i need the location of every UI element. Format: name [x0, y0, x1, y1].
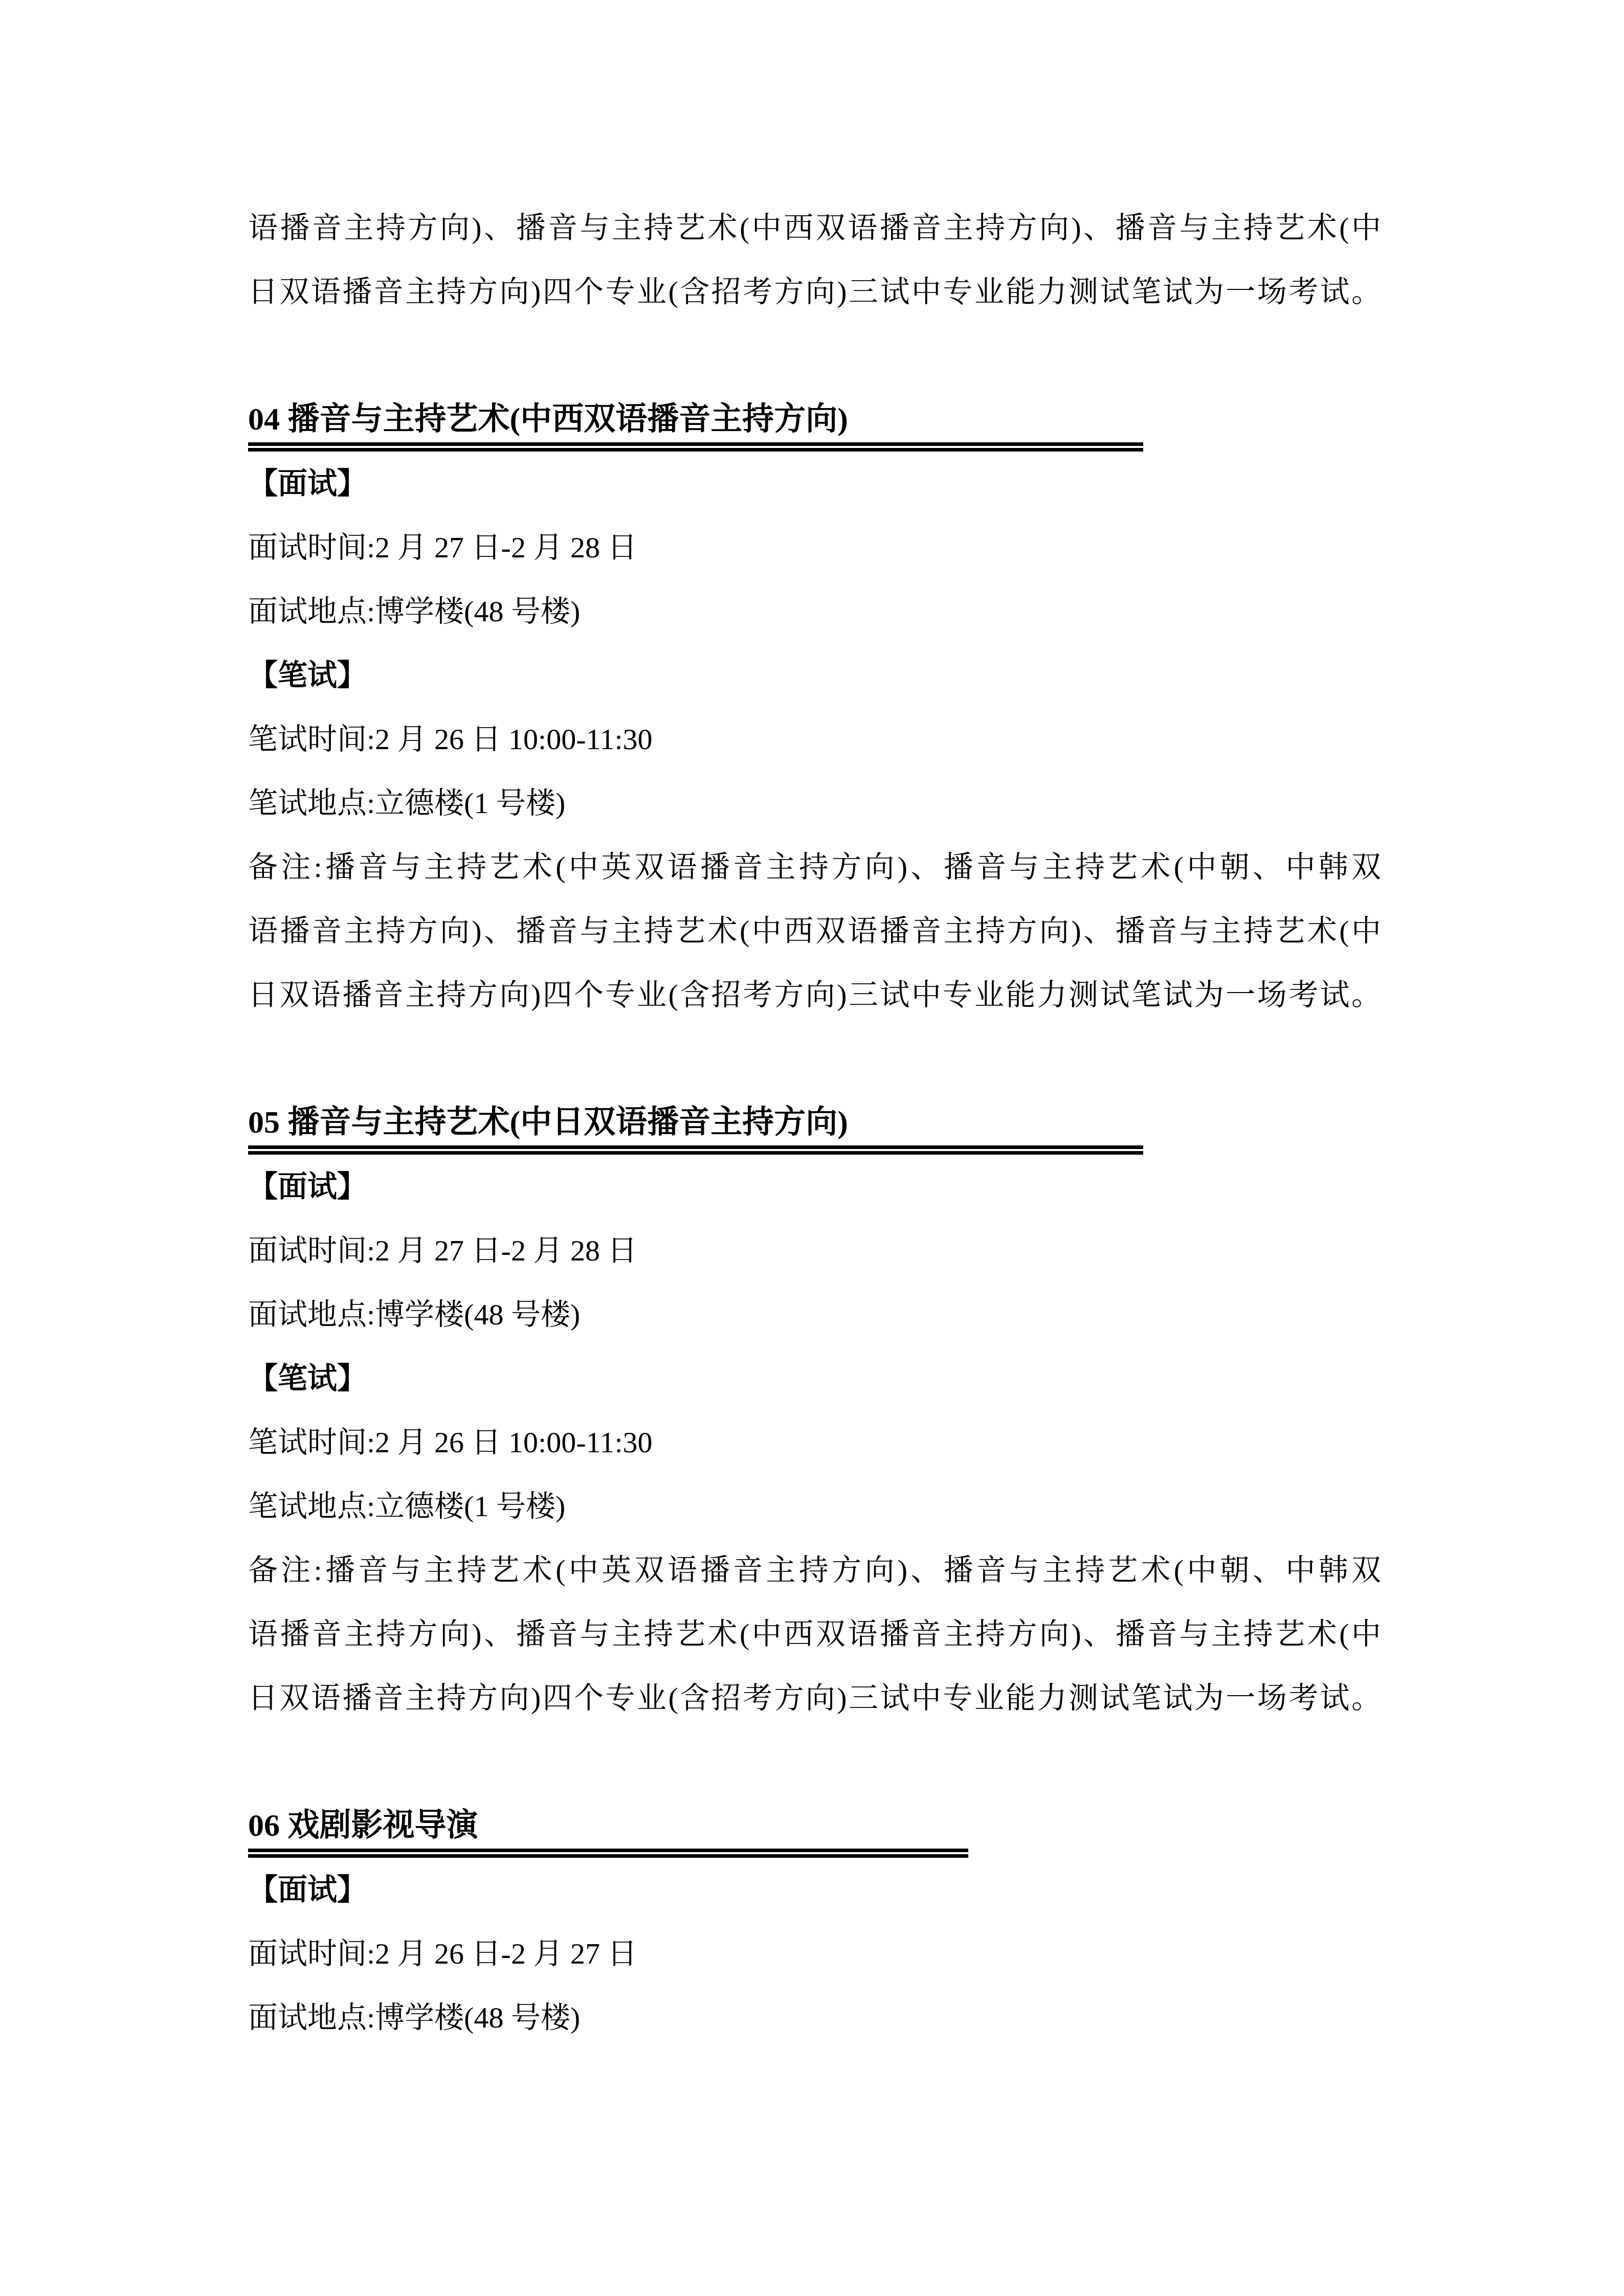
section-06-interview-label: 【面试】 [248, 1858, 1381, 1922]
section-04-heading: 04 播音与主持艺术(中西双语播音主持方向) [248, 388, 1381, 452]
section-05-note-line-3: 日双语播音主持方向)四个专业(含招考方向)三试中专业能力测试笔试为一场考试。 [248, 1666, 1381, 1730]
section-04-written-time: 笔试时间:2 月 26 日 10:00-11:30 [248, 707, 1381, 771]
section-05-note-line-1: 备注:播音与主持艺术(中英双语播音主持方向)、播音与主持艺术(中朝、中韩双 [248, 1538, 1381, 1602]
blank-line [248, 324, 1381, 388]
section-06-interview-place: 面试地点:博学楼(48 号楼) [248, 1986, 1381, 2050]
section-05-interview-label: 【面试】 [248, 1155, 1381, 1219]
section-06-interview-time: 面试时间:2 月 26 日-2 月 27 日 [248, 1922, 1381, 1986]
document-page: 语播音主持方向)、播音与主持艺术(中西双语播音主持方向)、播音与主持艺术(中 日… [0, 0, 1624, 2296]
section-04-written-place: 笔试地点:立德楼(1 号楼) [248, 771, 1381, 835]
section-04-note-line-1: 备注:播音与主持艺术(中英双语播音主持方向)、播音与主持艺术(中朝、中韩双 [248, 835, 1381, 899]
section-05-written-label: 【笔试】 [248, 1346, 1381, 1410]
section-04-interview-label: 【面试】 [248, 452, 1381, 515]
blank-line [248, 1027, 1381, 1091]
section-05-note-line-2: 语播音主持方向)、播音与主持艺术(中西双语播音主持方向)、播音与主持艺术(中 [248, 1602, 1381, 1666]
section-05-written-time: 笔试时间:2 月 26 日 10:00-11:30 [248, 1410, 1381, 1474]
section-05-heading: 05 播音与主持艺术(中日双语播音主持方向) [248, 1091, 1381, 1155]
section-04-interview-time: 面试时间:2 月 27 日-2 月 28 日 [248, 515, 1381, 579]
blank-line [248, 1730, 1381, 1794]
section-04-interview-place: 面试地点:博学楼(48 号楼) [248, 579, 1381, 643]
section-05-interview-place: 面试地点:博学楼(48 号楼) [248, 1282, 1381, 1346]
intro-paragraph-line-2: 日双语播音主持方向)四个专业(含招考方向)三试中专业能力测试笔试为一场考试。 [248, 260, 1381, 324]
section-05-written-place: 笔试地点:立德楼(1 号楼) [248, 1474, 1381, 1538]
section-04-note-line-3: 日双语播音主持方向)四个专业(含招考方向)三试中专业能力测试笔试为一场考试。 [248, 963, 1381, 1027]
section-05-interview-time: 面试时间:2 月 27 日-2 月 28 日 [248, 1219, 1381, 1282]
section-04-written-label: 【笔试】 [248, 643, 1381, 707]
text-column: 语播音主持方向)、播音与主持艺术(中西双语播音主持方向)、播音与主持艺术(中 日… [248, 196, 1381, 2050]
section-04-note-line-2: 语播音主持方向)、播音与主持艺术(中西双语播音主持方向)、播音与主持艺术(中 [248, 899, 1381, 963]
intro-paragraph-line-1: 语播音主持方向)、播音与主持艺术(中西双语播音主持方向)、播音与主持艺术(中 [248, 196, 1381, 260]
